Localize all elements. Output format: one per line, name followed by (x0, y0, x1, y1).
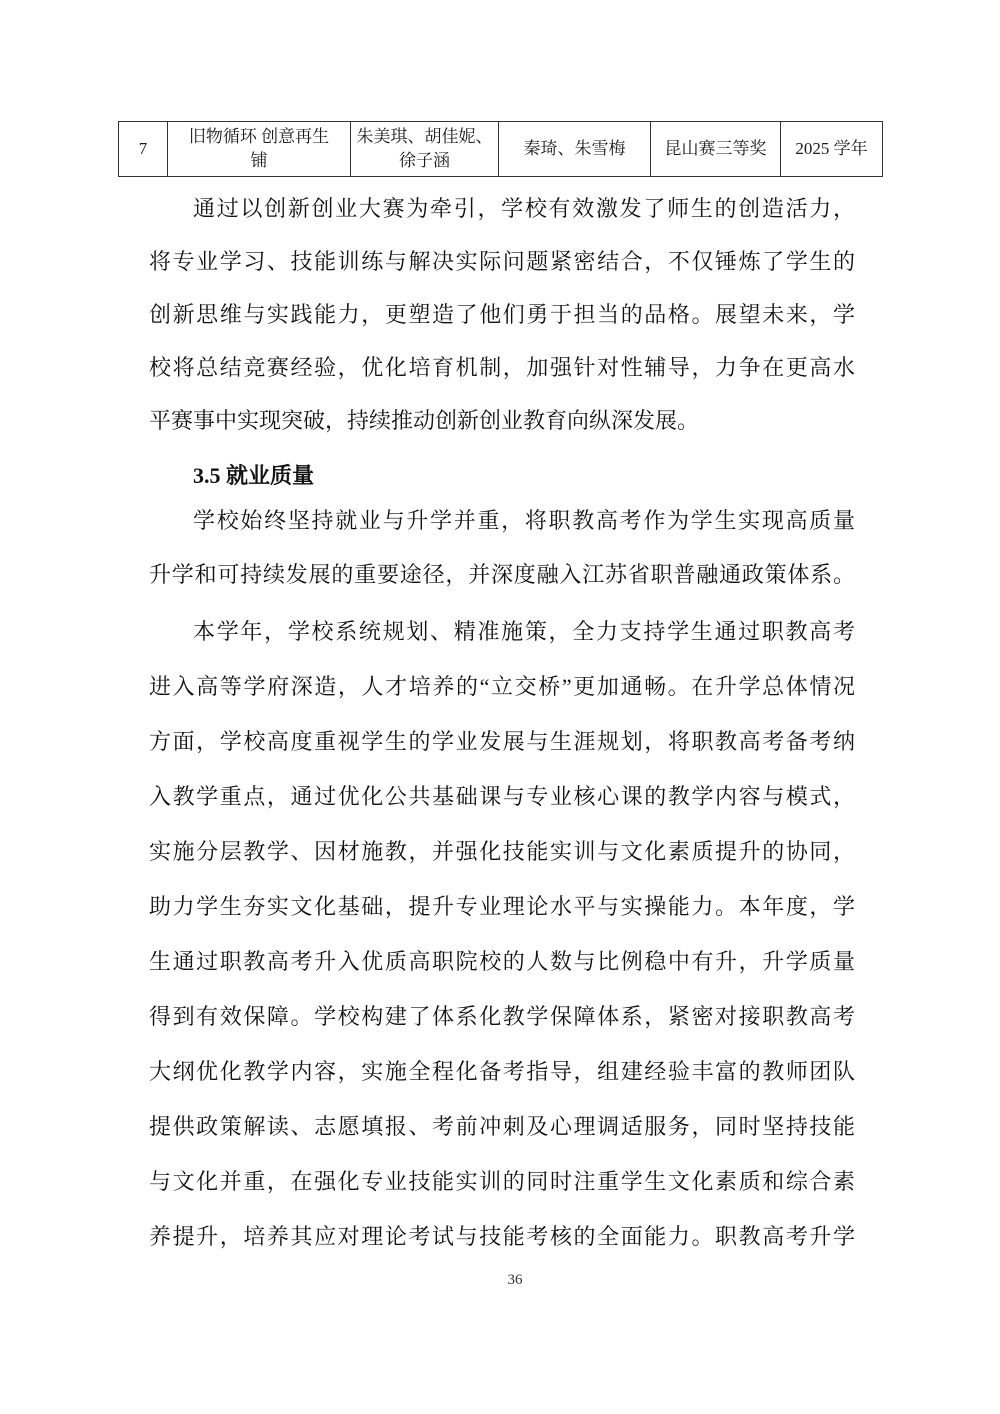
text-line: 生通过职教高考升入优质高职院校的人数与比例稳中有升，升学质量 (149, 934, 855, 989)
text-line: 得到有效保障。学校构建了体系化教学保障体系，紧密对接职教高考 (149, 989, 855, 1044)
text-line: 创新思维与实践能力，更塑造了他们勇于担当的品格。展望未来，学 (149, 288, 855, 341)
paragraph-competition-summary: 通过以创新创业大赛为牵引，学校有效激发了师生的创造活力，将专业学习、技能训练与解… (149, 182, 855, 447)
text-line: 学校始终坚持就业与升学并重，将职教高考作为学生实现高质量 (149, 494, 855, 548)
text-line: 助力学生夯实文化基础，提升专业理论水平与实操能力。本年度，学 (149, 879, 855, 934)
text-line: 大纲优化教学内容，实施全程化备考指导，组建经验丰富的教师团队 (149, 1044, 855, 1099)
text-line: 进入高等学府深造，人才培养的“立交桥”更加通畅。在升学总体情况 (149, 659, 855, 714)
paragraph-employment-intro: 学校始终坚持就业与升学并重，将职教高考作为学生实现高质量升学和可持续发展的重要途… (149, 494, 855, 602)
text-line: 提供政策解读、志愿填报、考前冲刺及心理调适服务，同时坚持技能 (149, 1099, 855, 1154)
award-table: 7旧物循环 创意再生 铺朱美琪、胡佳妮、 徐子涵秦琦、朱雪梅昆山赛三等奖2025… (118, 121, 883, 177)
text-line: 通过以创新创业大赛为牵引，学校有效激发了师生的创造活力， (149, 182, 855, 235)
paragraph-exam-preparation: 本学年，学校系统规划、精准施策，全力支持学生通过职教高考进入高等学府深造，人才培… (149, 604, 855, 1264)
text-line: 实施分层教学、因材施教，并强化技能实训与文化素质提升的协同， (149, 824, 855, 879)
text-line: 入教学重点，通过优化公共基础课与专业核心课的教学内容与模式， (149, 769, 855, 824)
table-cell: 朱美琪、胡佳妮、 徐子涵 (351, 122, 499, 177)
table-cell: 旧物循环 创意再生 铺 (168, 122, 351, 177)
table-row: 7旧物循环 创意再生 铺朱美琪、胡佳妮、 徐子涵秦琦、朱雪梅昆山赛三等奖2025… (119, 122, 883, 177)
text-line: 将专业学习、技能训练与解决实际问题紧密结合，不仅锤炼了学生的 (149, 235, 855, 288)
table-cell: 秦琦、朱雪梅 (499, 122, 651, 177)
text-line: 养提升，培养其应对理论考试与技能考核的全面能力。职教高考升学 (149, 1209, 855, 1264)
page-number: 36 (0, 1272, 1000, 1289)
document-page: 7旧物循环 创意再生 铺朱美琪、胡佳妮、 徐子涵秦琦、朱雪梅昆山赛三等奖2025… (0, 0, 1000, 1414)
section-heading: 3.5 就业质量 (149, 463, 855, 489)
text-line: 与文化并重，在强化专业技能实训的同时注重学生文化素质和综合素 (149, 1154, 855, 1209)
text-line: 本学年，学校系统规划、精准施策，全力支持学生通过职教高考 (149, 604, 855, 659)
text-line: 升学和可持续发展的重要途径，并深度融入江苏省职普融通政策体系。 (149, 548, 855, 602)
table-cell: 7 (119, 122, 168, 177)
text-line: 校将总结竞赛经验，优化培育机制，加强针对性辅导，力争在更高水 (149, 341, 855, 394)
table-cell: 2025 学年 (781, 122, 883, 177)
text-line: 方面，学校高度重视学生的学业发展与生涯规划，将职教高考备考纳 (149, 714, 855, 769)
text-line: 平赛事中实现突破，持续推动创新创业教育向纵深发展。 (149, 394, 855, 447)
table-cell: 昆山赛三等奖 (651, 122, 781, 177)
